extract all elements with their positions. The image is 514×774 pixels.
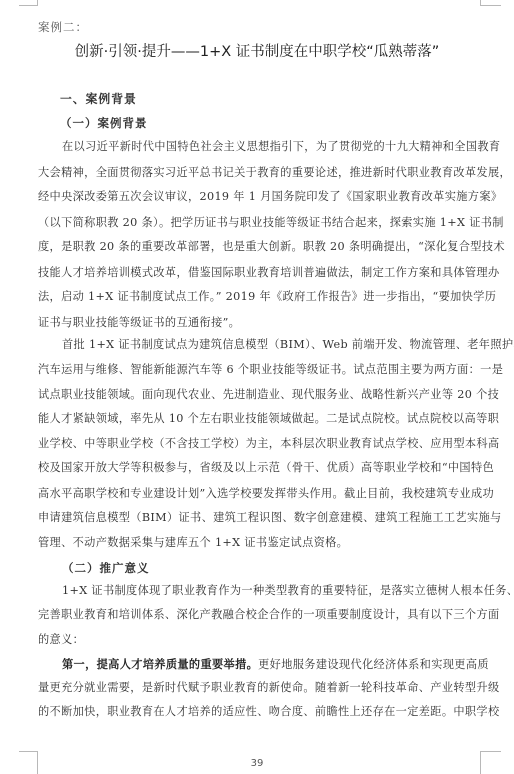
subsection-heading-1: （一）案例背景 [60,115,148,131]
text-line: 首批 1+X 证书制度试点为建筑信息模型（BIM）、Web 前端开发、物流管理、… [62,338,480,352]
text-line: 量更充分就业需要，是新时代赋予职业教育的新使命。随着新一轮科技革命、产业转型升级 [38,681,480,695]
page-number: 39 [0,758,514,769]
text-line: 的不断加快，职业教育在人才培养的适应性、吻合度、前瞻性上还存在一定差距。中职学校 [38,705,480,719]
text-line: （以下简称职教 20 条）。把学历证书与职业技能等级证书结合起来，探索实施 1+… [38,216,480,230]
text-line: 技能人才培养培训模式改革，借鉴国际职业教育培训普遍做法，制定工作方案和具体管理办 [38,266,480,280]
subsection-heading-2: （二）推广意义 [62,560,150,576]
text-line: 经中央深改委第五次会议审议，2019 年 1 月国务院印发了《国家职业教育改革实… [38,190,480,204]
text-line: 高水平高职学校和专业建设计划”入选学校要发挥带头作用。截止目前，我校建筑专业成功 [38,487,480,501]
text-line: 能人才紧缺领域，率先从 10 个左右职业技能领域做起。二是试点院校。试点院校以高… [38,412,480,426]
text-line: 1+X 证书制度体现了职业教育作为一种类型教育的重要特征，是落实立德树人根本任务… [62,584,480,598]
bold-lead: 第一，提高人才培养质量的重要举措。 [62,657,258,671]
text-line: 在以习近平新时代中国特色社会主义思想指引下，为了贯彻党的十九大精神和全国教育 [62,140,480,154]
section-heading: 一、案例背景 [60,90,137,107]
text-line: 管理、不动产数据采集与建库五个 1+X 证书鉴定试点资格。 [38,536,480,550]
text-line: 申请建筑信息模型（BIM）证书、建筑工程识图、数字创意建模、建筑工程施工工艺实施… [38,511,480,525]
text-line: 完善职业教育和培训体系、深化产教融合校企合作的一项重要制度设计，具有以下三个方面 [38,608,480,622]
text-line: 业学校、中等职业学校（不含技工学校）为主，本科层次职业教育试点学校、应用型本科高 [38,437,480,451]
text-line: 证书与职业技能等级证书的互通衔接”。 [38,316,480,330]
text-line: 第一，提高人才培养质量的重要举措。更好地服务建设现代化经济体系和实现更高质 [62,657,480,672]
text-line: 度，是职教 20 条的重要改革部署，也是重大创新。职教 20 条明确提出，“深化… [38,240,480,254]
text-line: 汽车运用与维修、智能新能源汽车等 6 个职业技能等级证书。试点范围主要为两方面：… [38,363,480,377]
text-line: 大会精神，全面贯彻落实习近平总书记关于教育的重要论述，推进新时代职业教育改革发展… [38,166,480,180]
text-line: 校及国家开放大学等积极参与，省级及以上示范（骨干、优质）高等职业学校和“中国特色 [38,461,480,475]
text-run: 更好地服务建设现代化经济体系和实现更高质 [258,658,489,671]
text-line: 的意义： [38,633,480,647]
document-title: 创新·引领·提升——1+X 证书制度在中职学校“瓜熟蒂落” [0,40,514,61]
crop-mark-top-left [19,0,38,6]
text-line: 试点职业技能领域。面向现代农业、先进制造业、现代服务业、战略性新兴产业等 20 … [38,388,480,402]
text-line: 法，启动 1+X 证书制度试点工作。” 2019 年《政府工作报告》进一步指出，… [38,290,480,304]
case-label: 案例二： [38,19,88,35]
crop-mark-top-right [480,0,501,6]
